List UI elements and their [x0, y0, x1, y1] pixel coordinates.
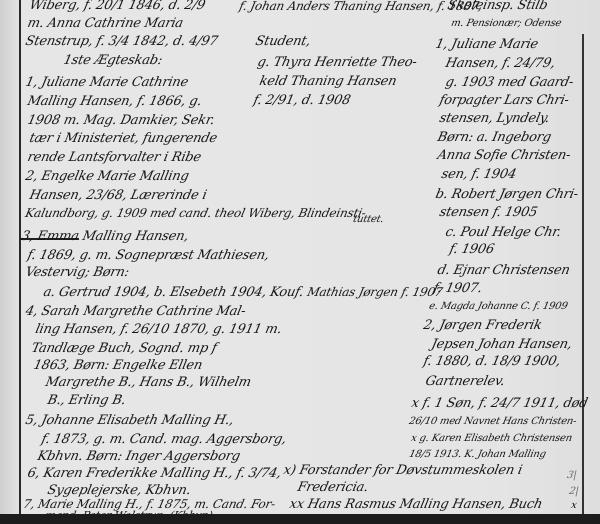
text-line: Gartnerelev.: [424, 374, 506, 389]
text-line: f. 2/91, d. 1908: [252, 93, 352, 108]
text-line: Sygeplejerske, Kbhvn.: [46, 483, 192, 498]
scan-bottom-edge: [0, 514, 600, 524]
text-line: g. Thyra Henriette Theo-: [256, 55, 418, 70]
text-line: g. 1903 med Gaard-: [444, 75, 575, 90]
text-line: Skoleinsp. Stilb: [446, 0, 549, 13]
text-line: Stenstrup, f. 3/4 1842, d. 4/97: [24, 34, 219, 49]
text-line: m. Anna Cathrine Maria: [26, 16, 184, 31]
text-line: e. Magda Johanne C. f. 1909: [428, 301, 569, 312]
text-line: c. Poul Helge Chr.: [444, 225, 562, 240]
text-line: Hansen, f. 24/79,: [444, 56, 556, 71]
annotation: Mathias Jørgen f. 1907: [306, 285, 444, 299]
text-line: Malling Hansen, f. 1866, g.: [26, 94, 203, 109]
text-line: forpagter Lars Chri-: [438, 93, 570, 108]
text-line: 26/10 med Navnet Hans Christen-: [408, 416, 577, 427]
margin-mark: x: [570, 500, 578, 511]
text-line: 5, Johanne Elisabeth Malling H.,: [24, 413, 235, 428]
text-line: rende Lantsforvalter i Ribe: [26, 150, 203, 165]
text-line: B., Erling B.: [46, 393, 127, 408]
footnote: x) Forstander for Døvstummeskolen i: [282, 463, 524, 478]
text-line: 2, Jørgen Frederik: [422, 318, 543, 333]
text-line: f. 1906: [448, 242, 495, 257]
text-line: 18/5 1913. K. Johan Malling: [408, 449, 547, 460]
text-line: Hansen, 23/68, Lærerinde i: [28, 188, 208, 203]
text-line: Vestervig; Børn:: [24, 265, 130, 280]
text-line: 6, Karen Frederikke Malling H., f. 3/74,: [26, 466, 283, 481]
text-line: f. 1880, d. 18/9 1900,: [422, 354, 562, 369]
text-line: 1908 m. Mag. Damkier, Sekr.: [26, 113, 216, 128]
text-line: f. 1907.: [432, 281, 483, 296]
footnote: Fredericia.: [296, 480, 370, 495]
text-line: 1863, Børn: Engelke Ellen: [32, 358, 204, 373]
left-margin-rule: [19, 0, 21, 516]
text-line: 2, Engelke Marie Malling: [24, 169, 190, 184]
text-line: m. Pensionær; Odense: [450, 18, 562, 29]
text-line: x g. Karen Elisabeth Christensen: [410, 433, 573, 444]
margin-mark: 3|: [566, 470, 578, 481]
text-line: x f. 1 Søn, f. 24/7 1911, død: [410, 396, 589, 411]
text-line: ling Hansen, f. 26/10 1870, g. 1911 m.: [34, 322, 283, 337]
scanned-register-page: Wiberg, f. 20/1 1846, d. 2/9 m. Anna Cat…: [0, 0, 600, 524]
section-heading: 1ste Ægteskab:: [62, 53, 164, 68]
text-line: Børn: a. Ingeborg: [436, 130, 553, 145]
text-line: Student,: [254, 34, 312, 49]
text-line: f. 1873, g. m. Cand. mag. Aggersborg,: [40, 432, 288, 447]
text-line: a. Gertrud 1904, b. Elsebeth 1904, Kouf.: [42, 285, 305, 300]
text-line: 4, Sarah Margrethe Cathrine Mal-: [24, 304, 247, 319]
text-line: 3, Emma Malling Hansen,: [20, 229, 190, 244]
text-line: Jepsen Johan Hansen,: [430, 337, 573, 352]
text-line: Wiberg, f. 20/1 1846, d. 2/9: [28, 0, 207, 13]
text-line: b. Robert Jørgen Chri-: [434, 187, 579, 202]
text-line: tær i Ministeriet, fungerende: [28, 131, 218, 146]
text-line: stensen, Lyndely.: [438, 111, 551, 126]
text-line: Tandlæge Buch, Sognd. mp f: [30, 341, 218, 356]
margin-mark: 2|: [568, 486, 580, 497]
text-line: 1, Juliane Marie Cathrine: [24, 75, 190, 90]
text-line: Kalundborg, g. 1909 med cand. theol Wibe…: [24, 206, 367, 220]
text-line: Anna Sofie Christen-: [436, 148, 572, 163]
text-line: Margrethe B., Hans B., Wilhelm: [44, 375, 252, 390]
footnote: xx Hans Rasmus Malling Hansen, Buch: [288, 497, 544, 512]
text-line: d. Ejnar Christensen: [436, 263, 571, 278]
text-line: f. 1869, g. m. Sognepræst Mathiesen,: [26, 248, 270, 263]
text-line: Kbhvn. Børn: Inger Aggersborg: [36, 449, 241, 464]
right-margin-rule: [582, 34, 584, 516]
text-line: sen, f. 1904: [440, 167, 518, 182]
text-line: 1, Juliane Marie: [434, 37, 540, 52]
annotation: tuttet.: [352, 214, 385, 225]
text-line: stensen f. 1905: [438, 205, 539, 220]
text-line: keld Thaning Hansen: [258, 74, 398, 89]
